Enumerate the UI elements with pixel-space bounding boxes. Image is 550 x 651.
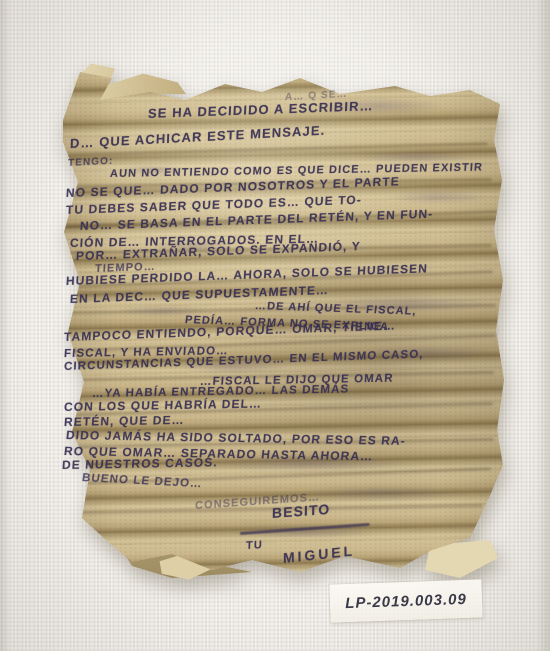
handwritten-line: D… QUE ACHICAR ESTE MENSAJE. <box>70 123 326 151</box>
handwritten-line: RETÉN, QUE DE… <box>64 413 186 429</box>
catalog-label: LP-2019.003.09 <box>329 579 482 622</box>
handwritten-line: DE NUESTROS CASOS. <box>62 455 219 472</box>
handwritten-line: …DE AHÍ QUE EL FISCAL, <box>254 300 417 318</box>
handwritten-line: CON LOS QUE HABRÍA DEL… <box>64 397 263 414</box>
handwritten-line: BUENO LE DEJO… <box>81 472 203 490</box>
handwritten-line: TENGO: <box>68 156 114 169</box>
underline-stroke <box>240 523 370 535</box>
handwriting-layer: A… Q SE… SE HA DECIDIDO A ESCRIBIR… D… Q… <box>0 0 550 651</box>
catalog-number: LP-2019.003.09 <box>345 590 467 611</box>
signature-pronoun: TU <box>246 539 263 552</box>
signature-closing: BESITO <box>272 501 331 521</box>
signature-name: MIGUEL <box>283 542 355 566</box>
handwritten-line: SE HA DECIDIDO A ESCRIBIR… <box>148 98 374 121</box>
